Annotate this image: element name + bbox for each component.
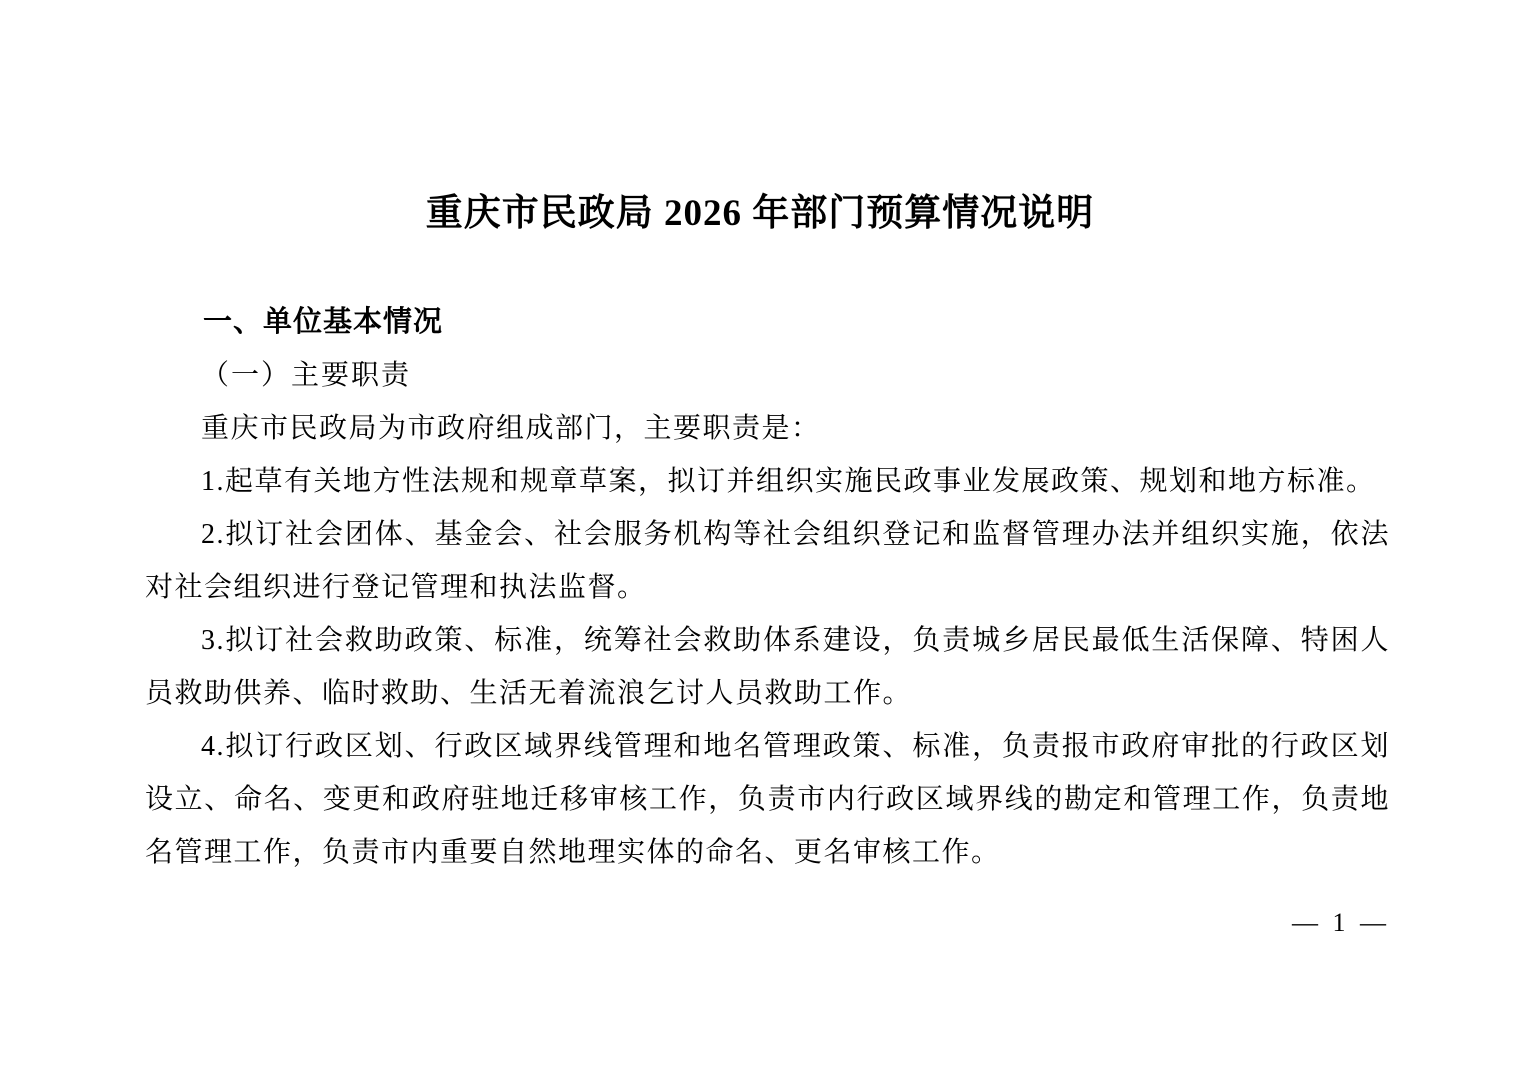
paragraph-duty-4: 4.拟订行政区划、行政区域界线管理和地名管理政策、标准，负责报市政府审批的行政区… xyxy=(145,720,1390,879)
paragraph-duty-3: 3.拟订社会救助政策、标准，统筹社会救助体系建设，负责城乡居民最低生活保障、特困… xyxy=(145,614,1390,720)
document-title: 重庆市民政局 2026 年部门预算情况说明 xyxy=(0,0,1520,237)
section-heading-basic-info: 一、单位基本情况 xyxy=(145,296,1390,349)
document-page: 重庆市民政局 2026 年部门预算情况说明 一、单位基本情况 （一）主要职责 重… xyxy=(0,0,1520,1074)
page-number: — 1 — xyxy=(1292,906,1390,940)
subsection-heading-main-duties: （一）主要职责 xyxy=(145,349,1390,402)
document-body: 一、单位基本情况 （一）主要职责 重庆市民政局为市政府组成部门，主要职责是： 1… xyxy=(145,296,1390,879)
paragraph-intro: 重庆市民政局为市政府组成部门，主要职责是： xyxy=(145,402,1390,455)
paragraph-duty-2: 2.拟订社会团体、基金会、社会服务机构等社会组织登记和监督管理办法并组织实施，依… xyxy=(145,508,1390,614)
paragraph-duty-1: 1.起草有关地方性法规和规章草案，拟订并组织实施民政事业发展政策、规划和地方标准… xyxy=(145,455,1390,508)
